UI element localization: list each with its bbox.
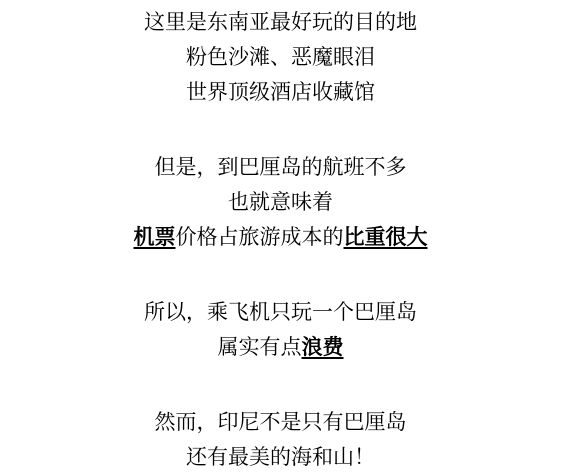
document-body: 这里是东南亚最好玩的目的地 粉色沙滩、恶魔眼泪 世界顶级酒店收藏馆 但是，到巴厘… [0,0,561,474]
text-line: 粉色沙滩、恶魔眼泪 [186,46,375,69]
text-segment: 粉色沙滩、恶魔眼泪 [186,46,375,69]
text-line: 机票价格占旅游成本的比重很大 [134,226,428,249]
text-line: 属实有点浪费 [218,336,344,359]
text-line: 世界顶级酒店收藏馆 [186,81,375,104]
text-line: 但是，到巴厘岛的航班不多 [155,156,407,179]
text-segment: 这里是东南亚最好玩的目的地 [144,11,417,34]
emphasized-text: 机票 [134,226,176,249]
paragraph-flights: 但是，到巴厘岛的航班不多 也就意味着 机票价格占旅游成本的比重很大 [0,150,561,255]
paragraph-intro: 这里是东南亚最好玩的目的地 粉色沙滩、恶魔眼泪 世界顶级酒店收藏馆 [0,5,561,110]
text-segment: 世界顶级酒店收藏馆 [186,81,375,104]
text-segment: 然而，印尼不是只有巴厘岛 [155,411,407,434]
text-segment: 所以，乘飞机只玩一个巴厘岛 [144,301,417,324]
text-segment: 但是，到巴厘岛的航班不多 [155,156,407,179]
text-line: 也就意味着 [228,191,333,214]
text-line: 这里是东南亚最好玩的目的地 [144,11,417,34]
text-line: 还有最美的海和山！ [186,446,375,469]
text-line: 所以，乘飞机只玩一个巴厘岛 [144,301,417,324]
emphasized-text: 浪费 [302,336,344,359]
text-segment: 也就意味着 [228,191,333,214]
paragraph-waste: 所以，乘飞机只玩一个巴厘岛 属实有点浪费 [0,295,561,365]
text-segment: 还有最美的海和山！ [186,446,375,469]
paragraph-indonesia: 然而，印尼不是只有巴厘岛 还有最美的海和山！ [0,405,561,474]
text-segment: 属实有点 [218,336,302,359]
emphasized-text: 比重很大 [344,226,428,249]
text-segment: 价格占旅游成本的 [176,226,344,249]
document-page: 这里是东南亚最好玩的目的地 粉色沙滩、恶魔眼泪 世界顶级酒店收藏馆 但是，到巴厘… [0,0,561,474]
text-line: 然而，印尼不是只有巴厘岛 [155,411,407,434]
